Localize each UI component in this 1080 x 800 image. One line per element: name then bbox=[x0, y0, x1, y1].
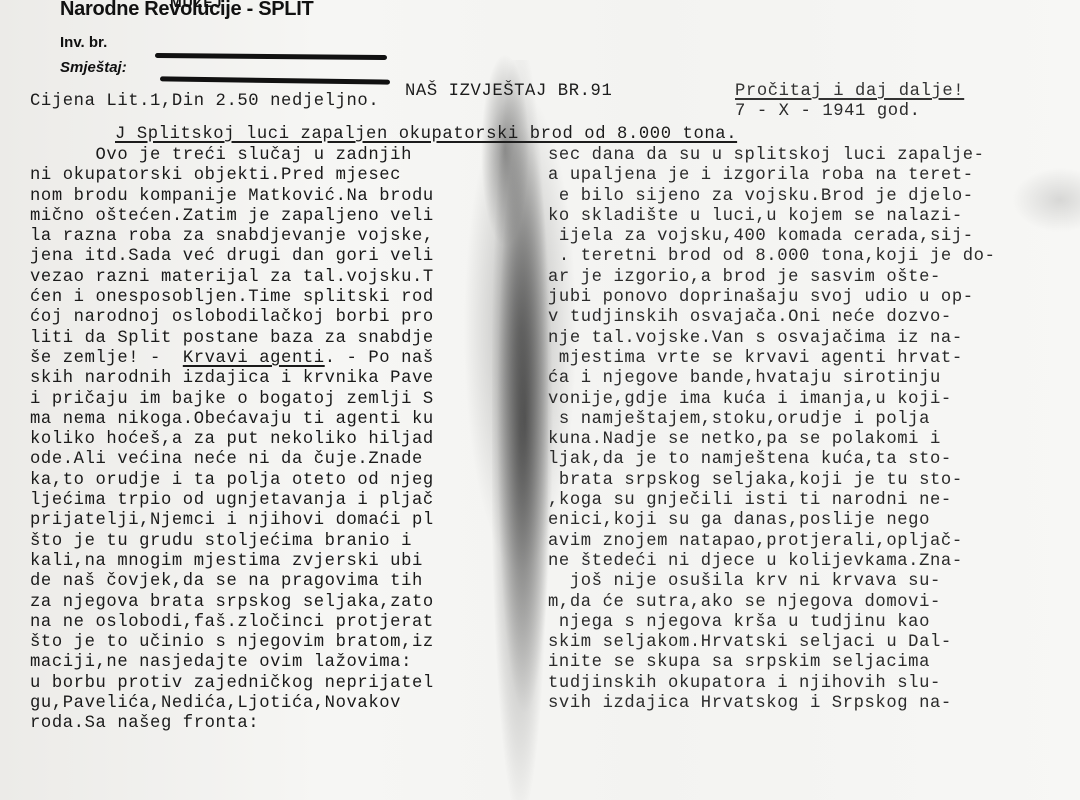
text-line: ćoj narodnoj oslobodilačkoj borbi pro bbox=[30, 308, 520, 328]
text-line: ar je izgorio,a brod je sasvim ošte- bbox=[548, 268, 1068, 288]
stamp-inventory-line bbox=[155, 53, 387, 60]
issue-date: 7 - X - 1941 god. bbox=[735, 102, 921, 122]
subheading-krvavi-agenti: Krvavi agenti bbox=[183, 349, 325, 368]
text-line: što je to učinio s njegovim bratom,iz bbox=[30, 633, 520, 653]
text-line: na ne oslobodi,faš.zločinci protjerat bbox=[30, 613, 520, 633]
text-line: s namještajem,stoku,orudje i polja bbox=[548, 410, 1068, 430]
text-line: nje tal.vojske.Van s osvajačima iz na- bbox=[548, 329, 1068, 349]
text-line: koliko hoćeš,a za put nekoliko hiljad bbox=[30, 430, 520, 450]
stamp-location-label: Smještaj: bbox=[60, 59, 127, 76]
text-line: la razna roba za snabdjevanje vojske, bbox=[30, 227, 520, 247]
text-line: prijatelji,Njemci i njihovi domaći pl bbox=[30, 511, 520, 531]
text-line: Ovo je treći slučaj u zadnjih bbox=[30, 146, 520, 166]
text-line: nom brodu kompanije Matković.Na brodu bbox=[30, 187, 520, 207]
text-line: za njegova brata srpskog seljaka,zato bbox=[30, 593, 520, 613]
text-line: sec dana da su u splitskoj luci zapalje- bbox=[548, 146, 1068, 166]
stamp-inventory-label: Inv. br. bbox=[60, 34, 107, 51]
text-line: roda.Sa našeg fronta: bbox=[30, 714, 520, 734]
text-line: e bilo sijeno za vojsku.Brod je djelo- bbox=[548, 187, 1068, 207]
document-title: NAŠ IZVJEŠTAJ BR.91 bbox=[405, 82, 612, 102]
text-line: m,da će sutra,ako se njegova domovi- bbox=[548, 593, 1068, 613]
text-line: a upaljena je i izgorila roba na teret- bbox=[548, 166, 1068, 186]
text-line: ma nema nikoga.Obećavaju ti agenti ku bbox=[30, 410, 520, 430]
tagline: Pročitaj i daj dalje! bbox=[735, 82, 964, 102]
text-line: još nije osušila krv ni krvava su- bbox=[548, 572, 1068, 592]
text-line: ljećima trpio od ugnjetavanja i pljač bbox=[30, 491, 520, 511]
text-line: enici,koji su ga danas,poslije nego bbox=[548, 511, 1068, 531]
text-line: . teretni brod od 8.000 tona,koji je do- bbox=[548, 247, 1068, 267]
text-line: mično oštećen.Zatim je zapaljeno veli bbox=[30, 207, 520, 227]
text-line: avim znojem natapao,protjerali,opljač- bbox=[548, 532, 1068, 552]
text-line: gu,Pavelića,Nedića,Ljotića,Novakov bbox=[30, 694, 520, 714]
text-line: skim seljakom.Hrvatski seljaci u Dal- bbox=[548, 633, 1068, 653]
text-line: mjestima vrte se krvavi agenti hrvat- bbox=[548, 349, 1068, 369]
stamp-organization: Narodne Revolucije - SPLIT bbox=[60, 0, 313, 21]
text-line: kuna.Nadje se netko,pa se polakomi i bbox=[548, 430, 1068, 450]
text-line: še zemlje! - Krvavi agenti. - Po naš bbox=[30, 349, 520, 369]
price-line: Cijena Lit.1,Din 2.50 nedjeljno. bbox=[30, 92, 379, 112]
body-right-column: sec dana da su u splitskoj luci zapalje-… bbox=[548, 146, 1068, 735]
text-line: svih izdajica Hrvatskog i Srpskog na- bbox=[548, 694, 1068, 714]
text-line: v tudjinskih osvajača.Oni neće dozvo- bbox=[548, 308, 1068, 328]
text-line: ljak,da je to namještena kuća,ta sto- bbox=[548, 450, 1068, 470]
text-line: ka,to orudje i ta polja oteto od njeg bbox=[30, 471, 520, 491]
text-line: tudjinskih okupatora i njihovih slu- bbox=[548, 674, 1068, 694]
text-line: jena itd.Sada već drugi dan gori veli bbox=[30, 247, 520, 267]
text-line: ijela za vojsku,400 komada cerada,sij- bbox=[548, 227, 1068, 247]
text-line: ni okupatorski objekti.Pred mjesec bbox=[30, 166, 520, 186]
text-line: i pričaju im bajke o bogatoj zemlji S bbox=[30, 390, 520, 410]
stamp-location-line bbox=[160, 76, 390, 84]
text-line: vonije,gdje ima kuća i imanja,u koji- bbox=[548, 390, 1068, 410]
text-line: ća i njegove bande,hvataju sirotinju bbox=[548, 369, 1068, 389]
text-line: ne štedeći ni djece u kolijevkama.Zna- bbox=[548, 552, 1068, 572]
article-headline: J Splitskoj luci zapaljen okupatorski br… bbox=[115, 125, 737, 145]
text-line: de naš čovjek,da se na pragovima tih bbox=[30, 572, 520, 592]
scanned-document-page: MUZEJ Narodne Revolucije - SPLIT Inv. br… bbox=[0, 0, 1080, 800]
text-line: maciji,ne nasjedajte ovim lažovima: bbox=[30, 653, 520, 673]
text-line: ode.Ali većina neće ni da čuje.Znade bbox=[30, 450, 520, 470]
text-line: liti da Split postane baza za snabdje bbox=[30, 329, 520, 349]
text-line: kali,na mnogim mjestima zvjerski ubi bbox=[30, 552, 520, 572]
text-line: ,koga su gnječili isti ti narodni ne- bbox=[548, 491, 1068, 511]
text-line: jubi ponovo doprinašaju svoj udio u op- bbox=[548, 288, 1068, 308]
text-line: vezao razni materijal za tal.vojsku.T bbox=[30, 268, 520, 288]
text-line: ćen i onesposobljen.Time splitski rod bbox=[30, 288, 520, 308]
text-line: u borbu protiv zajedničkog neprijatel bbox=[30, 674, 520, 694]
text-line: inite se skupa sa srpskim seljacima bbox=[548, 653, 1068, 673]
text-line: što je tu grudu stoljećima branio i bbox=[30, 532, 520, 552]
text-line bbox=[548, 714, 1068, 734]
body-left-column: Ovo je treći slučaj u zadnjihni okupator… bbox=[30, 146, 520, 735]
text-line: ko skladište u luci,u kojem se nalazi- bbox=[548, 207, 1068, 227]
text-line: skih narodnih izdajica i krvnika Pave bbox=[30, 369, 520, 389]
text-line: brata srpskog seljaka,koji je tu sto- bbox=[548, 471, 1068, 491]
text-line: njega s njegova krša u tudjinu kao bbox=[548, 613, 1068, 633]
